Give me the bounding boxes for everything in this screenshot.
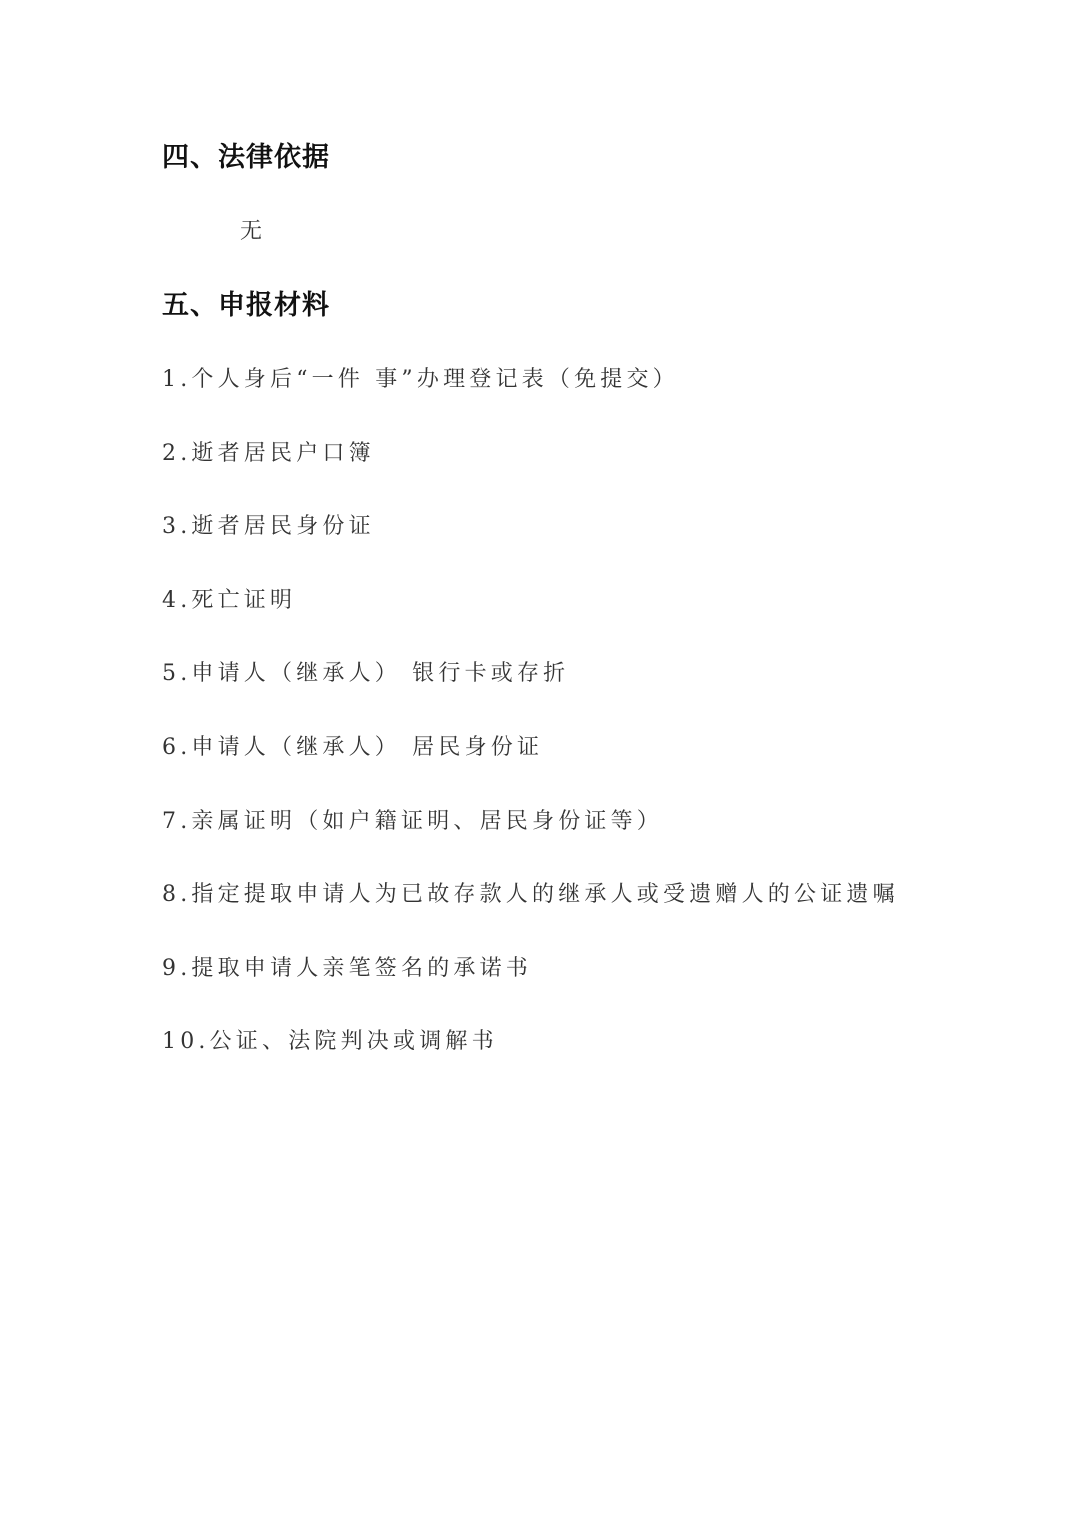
list-item: 7.亲属证明（如户籍证明、居民身份证等）: [162, 808, 899, 882]
list-item: 6.申请人（继承人） 居民身份证: [162, 734, 899, 808]
section-heading-application-materials: 五、申报材料: [162, 290, 330, 322]
list-item: 8.指定提取申请人为已故存款人的继承人或受遗赠人的公证遗嘱: [162, 881, 899, 955]
legal-basis-content: 无: [240, 218, 262, 246]
document-page: 四、法律依据 无 五、申报材料 1.个人身后“一件 事”办理登记表（免提交） 2…: [0, 0, 1074, 1520]
list-item: 3.逝者居民身份证: [162, 513, 899, 587]
list-item: 1.个人身后“一件 事”办理登记表（免提交）: [162, 366, 899, 440]
list-item: 5.申请人（继承人） 银行卡或存折: [162, 660, 899, 734]
application-materials-list: 1.个人身后“一件 事”办理登记表（免提交） 2.逝者居民户口簿 3.逝者居民身…: [162, 366, 899, 1102]
list-item: 2.逝者居民户口簿: [162, 440, 899, 514]
list-item: 10.公证、法院判决或调解书: [162, 1028, 899, 1102]
section-heading-legal-basis: 四、法律依据: [162, 142, 330, 174]
list-item: 9.提取申请人亲笔签名的承诺书: [162, 955, 899, 1029]
list-item: 4.死亡证明: [162, 587, 899, 661]
